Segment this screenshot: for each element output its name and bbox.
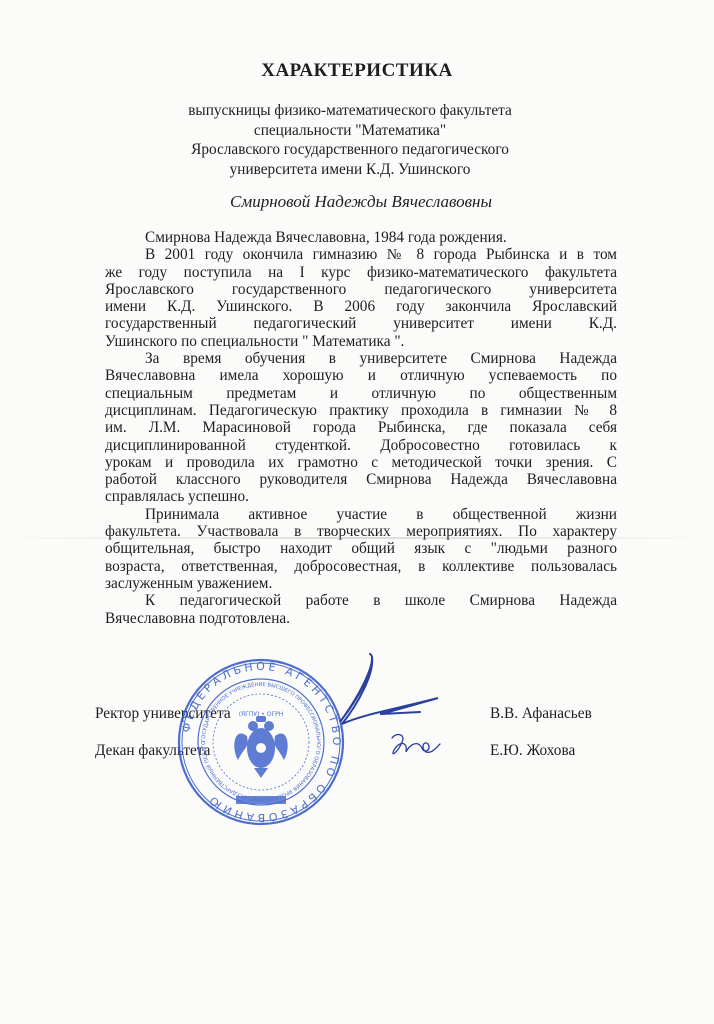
body-line: работой классного руководителя Смирнова … xyxy=(105,471,617,488)
rector-name: В.В. Афанасьев xyxy=(490,705,592,723)
body-line: дисциплинированной студенткой. Добросове… xyxy=(105,437,617,454)
body-line: им. Л.М. Марасиновой города Рыбинска, гд… xyxy=(105,419,617,436)
body-line: Вячеславовна подготовлена. xyxy=(105,610,617,627)
body-line: имени К.Д. Ушинского. В 2006 году законч… xyxy=(105,298,617,315)
body-line: Смирнова Надежда Вячеславовна, 1984 года… xyxy=(105,229,617,246)
subtitle-line: университета имени К.Д. Ушинского xyxy=(120,160,580,180)
body-line: заслуженным уважением. xyxy=(105,575,617,592)
subtitle-line: выпускницы физико-математического факуль… xyxy=(120,101,580,121)
body-line: специальным предметам и отличную по обще… xyxy=(105,385,617,402)
document-title: ХАРАКТЕРИСТИКА xyxy=(0,60,714,82)
paper-crease xyxy=(0,537,714,539)
body-line: Ушинского по специальности " Математика … xyxy=(105,333,617,350)
subject-name: Смирновой Надежды Вячеславовны xyxy=(230,192,560,212)
body-line: Вячеславовна имела хорошую и отличную ус… xyxy=(105,367,617,384)
dean-signature-icon xyxy=(384,728,444,768)
body-line: общительная, быстро находит общий язык с… xyxy=(105,540,617,557)
body-line: В 2001 году окончила гимназию № 8 города… xyxy=(105,246,617,263)
document-subtitle: выпускницы физико-математического факуль… xyxy=(120,101,580,179)
subtitle-line: Ярославского государственного педагогиче… xyxy=(120,140,580,160)
body-line: урокам и проводила их грамотно с методич… xyxy=(105,454,617,471)
rector-signature-icon xyxy=(300,652,450,732)
body-line: справлялась успешно. xyxy=(105,488,617,505)
document-body: Смирнова Надежда Вячеславовна, 1984 года… xyxy=(105,229,617,627)
body-line: Принимала активное участие в общественно… xyxy=(105,506,617,523)
document-page: ХАРАКТЕРИСТИКА выпускницы физико-математ… xyxy=(0,0,714,1024)
body-line: возраста, ответственная, добросовестная,… xyxy=(105,558,617,575)
subtitle-line: специальности "Математика" xyxy=(120,121,580,141)
body-line: дисциплинам. Педагогическую практику про… xyxy=(105,402,617,419)
body-line: Ярославского государственного педагогиче… xyxy=(105,281,617,298)
body-line: же году поступила на I курс физико-матем… xyxy=(105,264,617,281)
body-line: За время обучения в университете Смирнов… xyxy=(105,350,617,367)
body-line: К педагогической работе в школе Смирнова… xyxy=(105,592,617,609)
body-line: государственный педагогический университ… xyxy=(105,315,617,332)
dean-name: Е.Ю. Жохова xyxy=(490,742,575,760)
